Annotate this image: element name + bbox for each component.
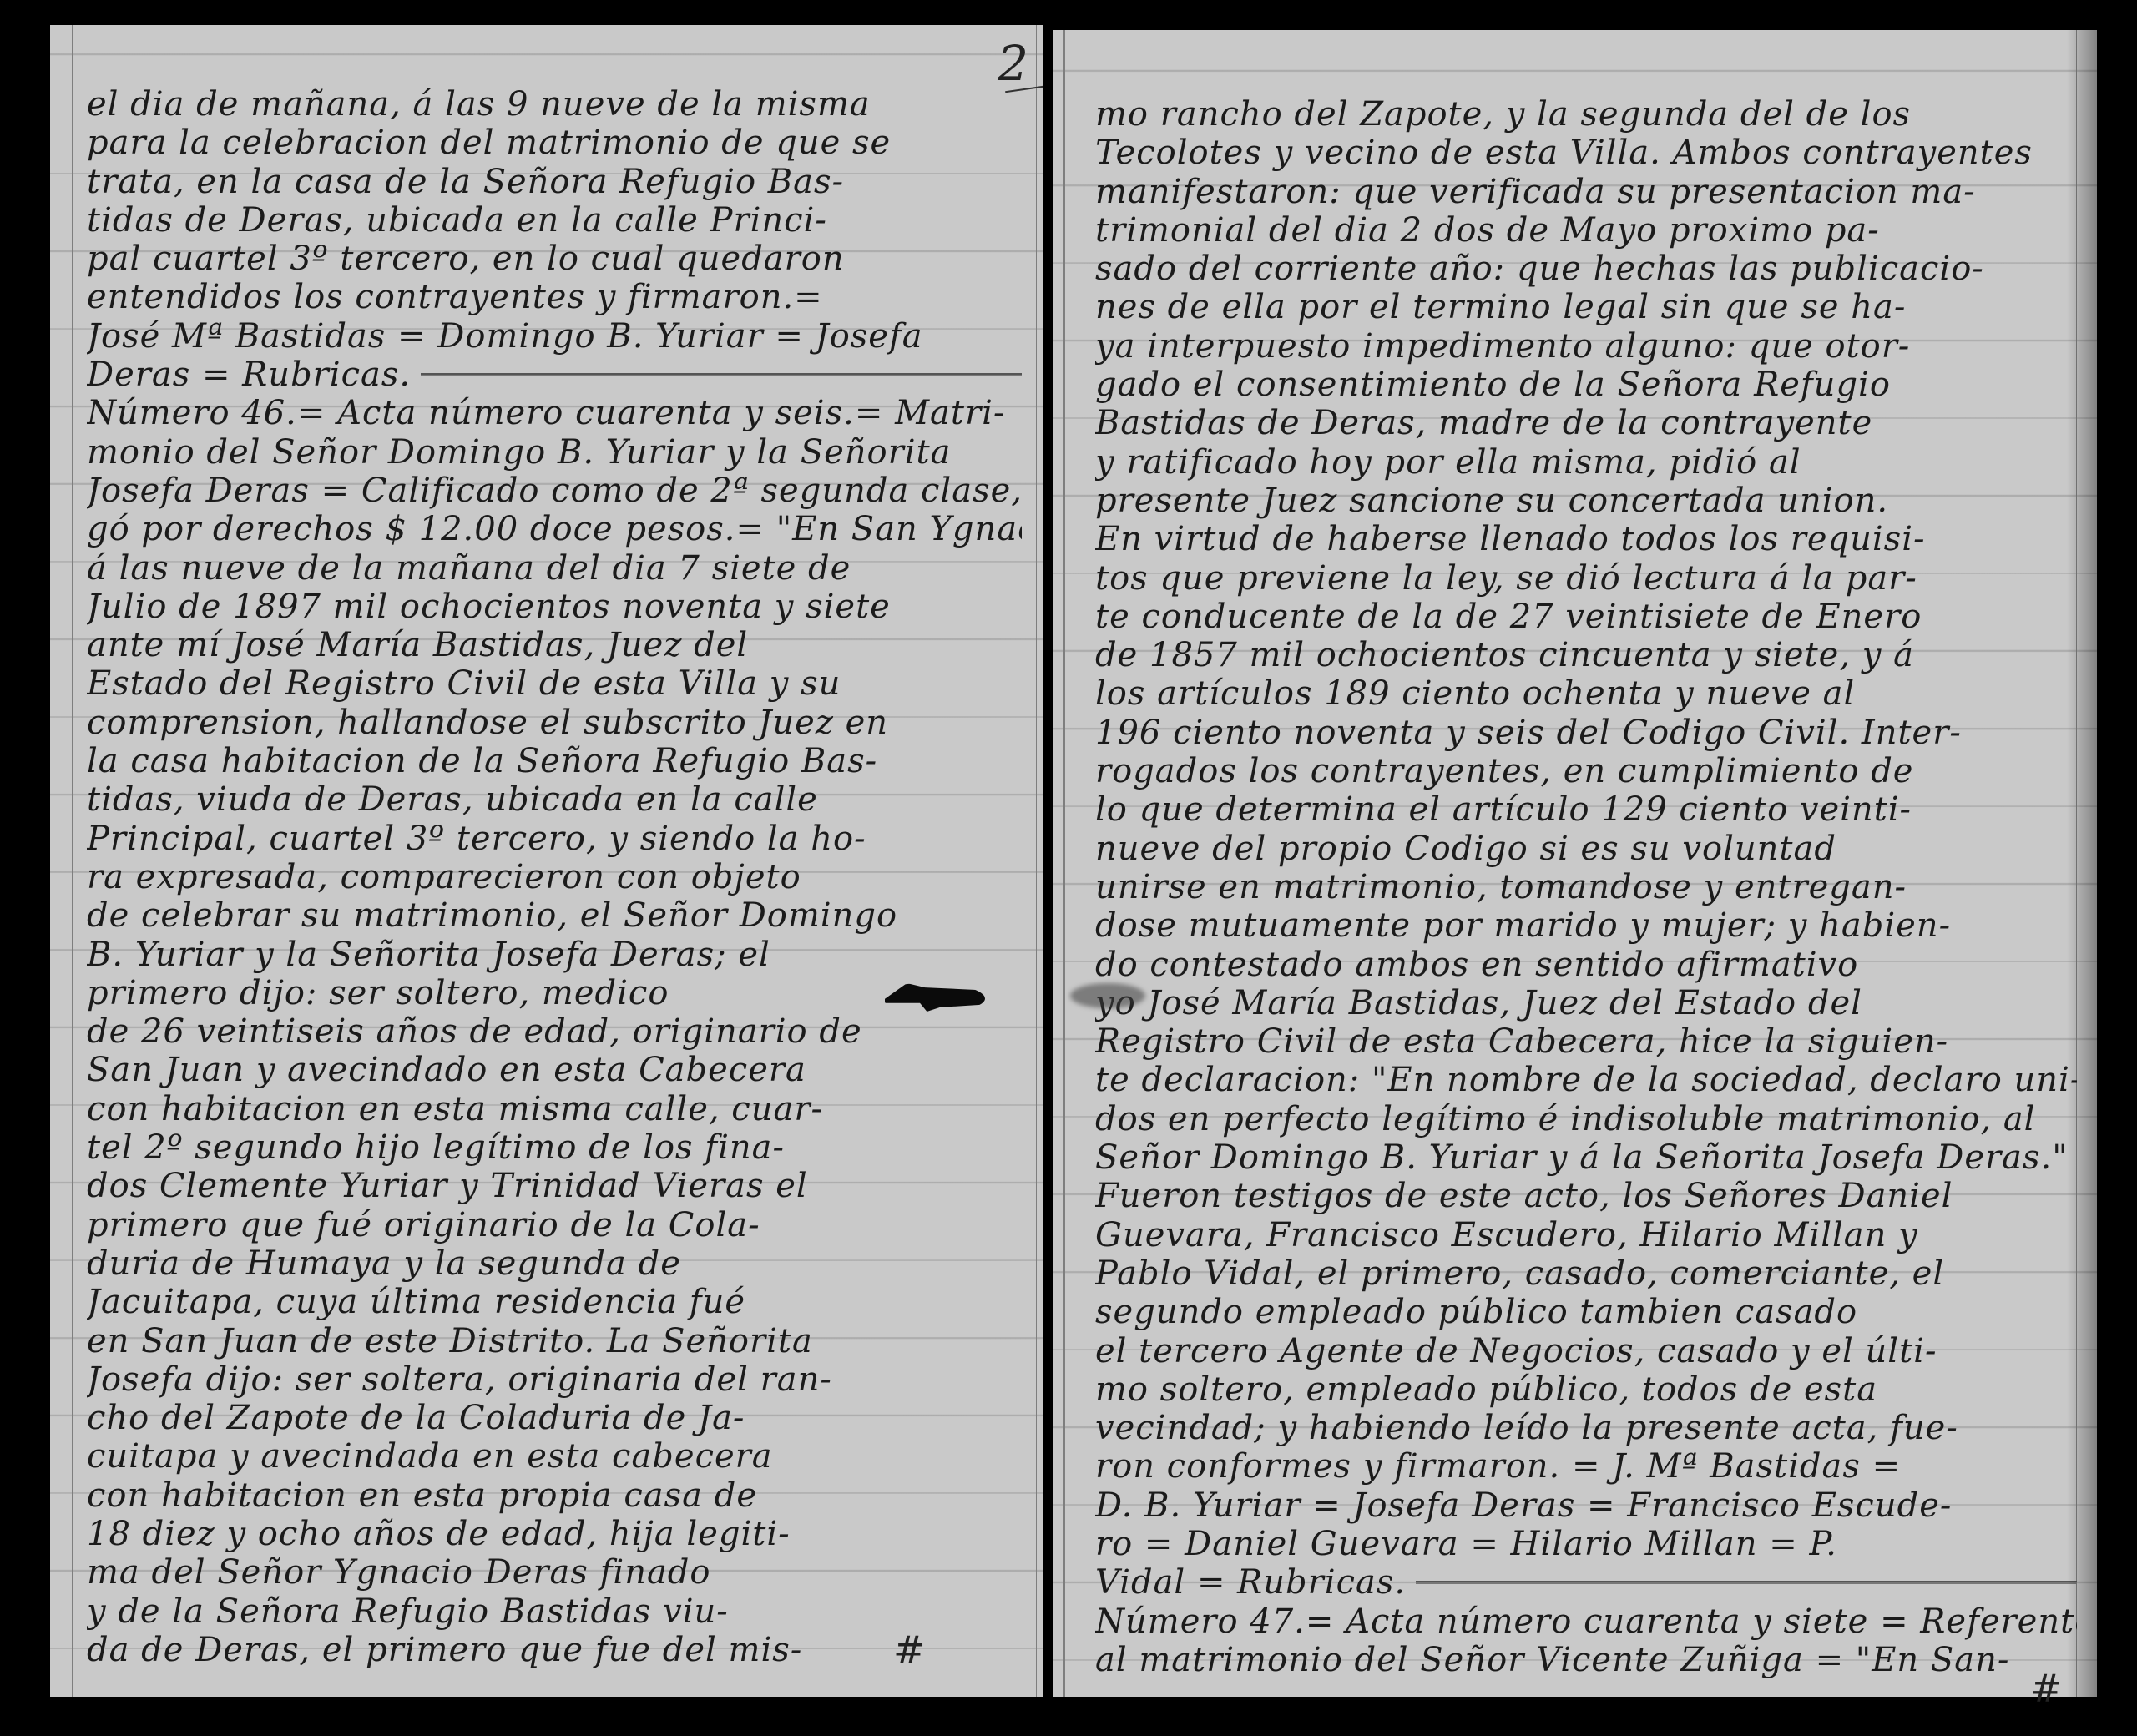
end-mark: # — [893, 1627, 926, 1673]
text-line: de 26 veintiseis años de edad, originari… — [87, 1012, 1022, 1051]
text-line: vecindad; y habiendo leído la presente a… — [1095, 1409, 2077, 1447]
text-line: al matrimonio del Señor Vicente Zuñiga =… — [1095, 1641, 2077, 1679]
text-line: Guevara, Francisco Escudero, Hilario Mil… — [1095, 1216, 2077, 1254]
text-line: mo rancho del Zapote, y la segunda del d… — [1095, 95, 2077, 134]
text-line: trata, en la casa de la Señora Refugio B… — [87, 163, 1022, 201]
margin-rule — [72, 25, 73, 1697]
text-line: los artículos 189 ciento ochenta y nueve… — [1095, 674, 2077, 713]
text-line: primero dijo: ser soltero, medico — [87, 974, 1022, 1012]
text-line: tel 2º segundo hijo legítimo de los fina… — [87, 1128, 1022, 1167]
text-line: gó por derechos $ 12.00 doce pesos.= "En… — [87, 510, 1022, 548]
text-line: Fueron testigos de este acto, los Señore… — [1095, 1177, 2077, 1215]
text-line: el dia de mañana, á las 9 nueve de la mi… — [87, 85, 1022, 124]
text-line: te declaracion: "En nombre de la socieda… — [1095, 1061, 2077, 1099]
margin-rule — [1074, 30, 1074, 1697]
text-line: Estado del Registro Civil de esta Villa … — [87, 664, 1022, 703]
text-line: San Juan y avecindado en esta Cabecera — [87, 1051, 1022, 1089]
text-line: segundo empleado público tambien casado — [1095, 1293, 2077, 1331]
text-line: ante mí José María Bastidas, Juez del — [87, 626, 1022, 664]
text-line: Bastidas de Deras, madre de la contrayen… — [1095, 404, 2077, 442]
left-page: 2 el dia de mañana, á las 9 nueve de la … — [50, 25, 1043, 1697]
text-line: cuitapa y avecindada en esta cabecera — [87, 1437, 1022, 1476]
text-line: nes de ella por el termino legal sin que… — [1095, 288, 2077, 326]
text-line: comprension, hallandose el subscrito Jue… — [87, 704, 1022, 742]
text-line: B. Yuriar y la Señorita Josefa Deras; el — [87, 936, 1022, 974]
text-line: Deras = Rubricas. — [87, 356, 1022, 394]
margin-rule — [1036, 25, 1037, 1697]
text-line: Registro Civil de esta Cabecera, hice la… — [1095, 1022, 2077, 1061]
folio-number: 2 — [998, 35, 1028, 92]
text-line: cho del Zapote de la Coladuria de Ja- — [87, 1399, 1022, 1437]
text-line: y de la Señora Refugio Bastidas viu- — [87, 1592, 1022, 1631]
text-line: ron conformes y firmaron. = J. Mª Bastid… — [1095, 1447, 2077, 1486]
text-line: entendidos los contrayentes y firmaron.= — [87, 278, 1022, 316]
entry-separator — [421, 373, 1022, 376]
text-line: dos en perfecto legítimo é indisoluble m… — [1095, 1100, 2077, 1138]
left-page-text: el dia de mañana, á las 9 nueve de la mi… — [87, 85, 1022, 1669]
text-line: ra expresada, comparecieron con objeto — [87, 858, 1022, 896]
text-line: Vidal = Rubricas. — [1095, 1563, 2077, 1602]
text-line: Principal, cuartel 3º tercero, y siendo … — [87, 820, 1022, 858]
text-line: de 1857 mil ochocientos cincuenta y siet… — [1095, 636, 2077, 674]
text-line: Josefa Deras = Calificado como de 2ª seg… — [87, 472, 1022, 510]
margin-rule — [78, 25, 78, 1697]
text-line: tidas, viuda de Deras, ubicada en la cal… — [87, 780, 1022, 819]
text-line: En virtud de haberse llenado todos los r… — [1095, 520, 2077, 558]
text-line: gado el consentimiento de la Señora Refu… — [1095, 366, 2077, 404]
text-line: el tercero Agente de Negocios, casado y … — [1095, 1332, 2077, 1370]
text-line: la casa habitacion de la Señora Refugio … — [87, 742, 1022, 780]
ink-smudge — [1070, 983, 1145, 1008]
text-line: lo que determina el artículo 129 ciento … — [1095, 790, 2077, 829]
end-mark: # — [2030, 1666, 2063, 1711]
text-line: monio del Señor Domingo B. Yuriar y la S… — [87, 433, 1022, 472]
page-edge-shadow — [2067, 30, 2097, 1697]
text-line: Tecolotes y vecino de esta Villa. Ambos … — [1095, 134, 2077, 172]
text-line: unirse en matrimonio, tomandose y entreg… — [1095, 868, 2077, 906]
text-line: duria de Humaya y la segunda de — [87, 1244, 1022, 1283]
text-line: da de Deras, el primero que fue del mis- — [87, 1631, 1022, 1669]
text-line: rogados los contrayentes, en cumplimient… — [1095, 752, 2077, 790]
text-line: Josefa dijo: ser soltera, originaria del… — [87, 1360, 1022, 1399]
entry-separator — [1416, 1581, 2077, 1584]
text-line: con habitacion en esta propia casa de — [87, 1476, 1022, 1515]
text-line: con habitacion en esta misma calle, cuar… — [87, 1090, 1022, 1128]
text-line: tos que previene la ley, se dió lectura … — [1095, 559, 2077, 598]
text-line: á las nueve de la mañana del dia 7 siete… — [87, 549, 1022, 588]
text-line: nueve del propio Codigo si es su volunta… — [1095, 830, 2077, 868]
text-line: te conducente de la de 27 veintisiete de… — [1095, 598, 2077, 636]
text-line: Número 47.= Acta número cuarenta y siete… — [1095, 1602, 2077, 1641]
text-line: José Mª Bastidas = Domingo B. Yuriar = J… — [87, 317, 1022, 356]
text-line: dos Clemente Yuriar y Trinidad Vieras el — [87, 1167, 1022, 1205]
text-line: sado del corriente año: que hechas las p… — [1095, 250, 2077, 288]
text-line: 18 diez y ocho años de edad, hija legiti… — [87, 1515, 1022, 1553]
right-page: mo rancho del Zapote, y la segunda del d… — [1053, 30, 2097, 1697]
text-line: mo soltero, empleado público, todos de e… — [1095, 1370, 2077, 1409]
margin-rule — [1063, 30, 1065, 1697]
text-line: Número 46.= Acta número cuarenta y seis.… — [87, 394, 1022, 432]
text-line: Julio de 1897 mil ochocientos noventa y … — [87, 588, 1022, 626]
text-line: dose mutuamente por marido y mujer; y ha… — [1095, 906, 2077, 945]
text-line: D. B. Yuriar = Josefa Deras = Francisco … — [1095, 1486, 2077, 1525]
right-page-text: mo rancho del Zapote, y la segunda del d… — [1095, 95, 2077, 1679]
text-line: do contestado ambos en sentido afirmativ… — [1095, 946, 2077, 984]
text-line: ro = Daniel Guevara = Hilario Millan = P… — [1095, 1525, 2077, 1563]
text-line: Jacuitapa, cuya última residencia fué — [87, 1283, 1022, 1321]
text-line: primero que fué originario de la Cola- — [87, 1206, 1022, 1244]
text-line: presente Juez sancione su concertada uni… — [1095, 482, 2077, 520]
text-line: ma del Señor Ygnacio Deras finado — [87, 1553, 1022, 1592]
text-line: trimonial del dia 2 dos de Mayo proximo … — [1095, 211, 2077, 250]
text-line: tidas de Deras, ubicada en la calle Prin… — [87, 201, 1022, 240]
text-line: ya interpuesto impedimento alguno: que o… — [1095, 327, 2077, 366]
text-line: en San Juan de este Distrito. La Señorit… — [87, 1322, 1022, 1360]
text-line: y ratificado hoy por ella misma, pidió a… — [1095, 443, 2077, 482]
text-line: 196 ciento noventa y seis del Codigo Civ… — [1095, 714, 2077, 752]
text-line: pal cuartel 3º tercero, en lo cual queda… — [87, 240, 1022, 278]
text-line: Pablo Vidal, el primero, casado, comerci… — [1095, 1254, 2077, 1293]
text-line: yo José María Bastidas, Juez del Estado … — [1095, 984, 2077, 1022]
text-line: de celebrar su matrimonio, el Señor Domi… — [87, 896, 1022, 935]
text-line: para la celebracion del matrimonio de qu… — [87, 124, 1022, 162]
text-line: manifestaron: que verificada su presenta… — [1095, 173, 2077, 211]
text-line: Señor Domingo B. Yuriar y á la Señorita … — [1095, 1138, 2077, 1177]
